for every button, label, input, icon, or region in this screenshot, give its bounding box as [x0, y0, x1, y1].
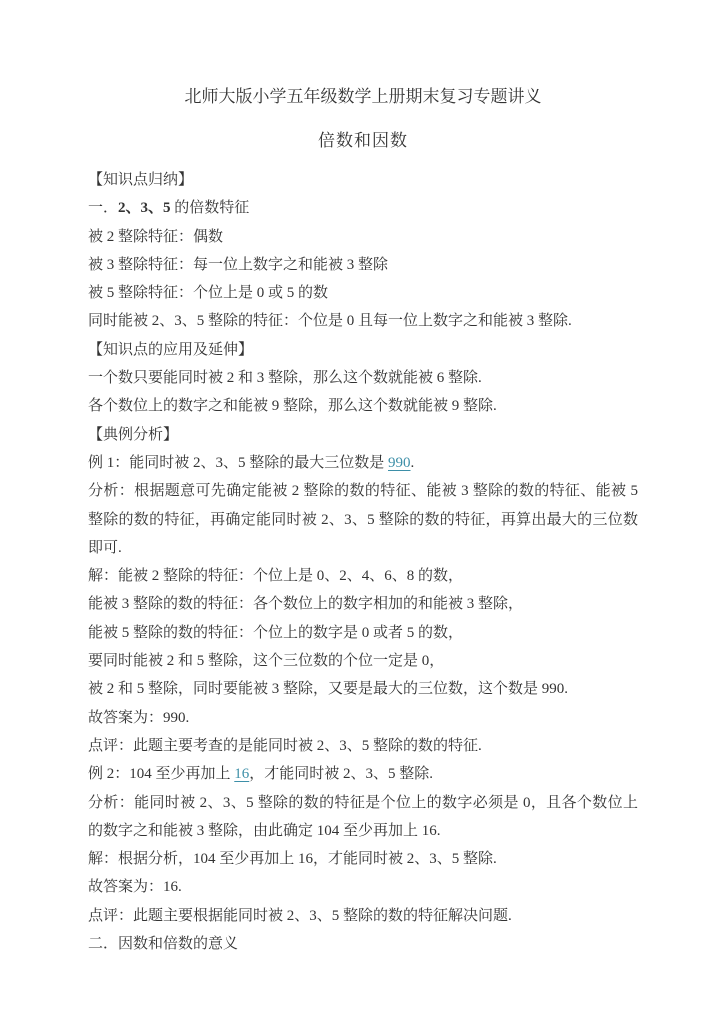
text-run: 能被 3 整除的数的特征：各个数位上的数字相加的和能被 3 整除，	[88, 596, 523, 612]
text-run: 【知识点的应用及延伸】	[88, 342, 253, 358]
paragraph: 被 2 和 5 整除，同时要能被 3 整除，又要是最大的三位数，这个数是 990…	[88, 675, 638, 703]
text-run: ，才能同时被 2、3、5 整除.	[249, 766, 433, 782]
text-run: 故答案为：16.	[88, 879, 182, 895]
section-heading: 【知识点的应用及延伸】	[88, 336, 638, 364]
text-run: 能被 5 整除的数的特征：个位上的数字是 0 或者 5 的数，	[88, 625, 463, 641]
paragraph: 分析：能同时被 2、3、5 整除的数的特征是个位上的数字必须是 0，且各个数位上…	[88, 789, 638, 846]
paragraph: 例 1：能同时被 2、3、5 整除的最大三位数是 990.	[88, 449, 638, 477]
paragraph: 二．因数和倍数的意义	[88, 930, 638, 958]
document-page: 北师大版小学五年级数学上册期末复习专题讲义 倍数和因数 【知识点归纳】一．2、3…	[0, 0, 724, 1024]
paragraph: 被 2 整除特征：偶数	[88, 223, 638, 251]
paragraph: 被 3 整除特征：每一位上数字之和能被 3 整除	[88, 251, 638, 279]
document-body: 【知识点归纳】一．2、3、5 的倍数特征被 2 整除特征：偶数被 3 整除特征：…	[88, 166, 638, 958]
paragraph: 各个数位上的数字之和能被 9 整除，那么这个数就能被 9 整除.	[88, 392, 638, 420]
text-run: 分析：根据题意可先确定能被 2 整除的数的特征、能被 3 整除的数的特征、能被 …	[88, 483, 638, 556]
text-run: 点评：此题主要考查的是能同时被 2、3、5 整除的数的特征.	[88, 738, 482, 754]
paragraph: 解：能被 2 整除的特征：个位上是 0、2、4、6、8 的数，	[88, 562, 638, 590]
paragraph: 解：根据分析，104 至少再加上 16，才能同时被 2、3、5 整除.	[88, 845, 638, 873]
text-run: 一个数只要能同时被 2 和 3 整除，那么这个数就能被 6 整除.	[88, 370, 482, 386]
text-run: 例 2：104 至少再加上	[88, 766, 234, 782]
text-run: 【典例分析】	[88, 427, 178, 443]
paragraph: 分析：根据题意可先确定能被 2 整除的数的特征、能被 3 整除的数的特征、能被 …	[88, 477, 638, 562]
paragraph: 同时能被 2、3、5 整除的特征：个位是 0 且每一位上数字之和能被 3 整除.	[88, 307, 638, 335]
paragraph: 能被 5 整除的数的特征：个位上的数字是 0 或者 5 的数，	[88, 619, 638, 647]
paragraph: 例 2：104 至少再加上 16，才能同时被 2、3、5 整除.	[88, 760, 638, 788]
text-run: 被 2 和 5 整除，同时要能被 3 整除，又要是最大的三位数，这个数是 990…	[88, 681, 568, 697]
section-heading: 【知识点归纳】	[88, 166, 638, 194]
text-run: 解：能被 2 整除的特征：个位上是 0、2、4、6、8 的数，	[88, 568, 463, 584]
answer-blank: 16	[234, 766, 249, 782]
paragraph: 故答案为：990.	[88, 704, 638, 732]
text-run: 故答案为：990.	[88, 710, 189, 726]
paragraph: 故答案为：16.	[88, 873, 638, 901]
paragraph: 要同时能被 2 和 5 整除，这个三位数的个位一定是 0，	[88, 647, 638, 675]
text-run: 各个数位上的数字之和能被 9 整除，那么这个数就能被 9 整除.	[88, 398, 497, 414]
document-content: 北师大版小学五年级数学上册期末复习专题讲义 倍数和因数 【知识点归纳】一．2、3…	[0, 0, 724, 958]
paragraph: 一个数只要能同时被 2 和 3 整除，那么这个数就能被 6 整除.	[88, 364, 638, 392]
text-run: 二．因数和倍数的意义	[88, 936, 238, 952]
text-run: 同时能被 2、3、5 整除的特征：个位是 0 且每一位上数字之和能被 3 整除.	[88, 313, 572, 329]
paragraph: 点评：此题主要考查的是能同时被 2、3、5 整除的数的特征.	[88, 732, 638, 760]
text-run: .	[411, 455, 415, 471]
paragraph: 被 5 整除特征：个位上是 0 或 5 的数	[88, 279, 638, 307]
text-run: 被 5 整除特征：个位上是 0 或 5 的数	[88, 285, 328, 301]
text-run: 要同时能被 2 和 5 整除，这个三位数的个位一定是 0，	[88, 653, 444, 669]
text-run: 分析：能同时被 2、3、5 整除的数的特征是个位上的数字必须是 0，且各个数位上…	[88, 795, 638, 839]
text-run: 2、3、5	[118, 200, 171, 216]
text-run: 点评：此题主要根据能同时被 2、3、5 整除的数的特征解决问题.	[88, 908, 512, 924]
text-run: 【知识点归纳】	[88, 172, 193, 188]
text-run: 一．	[88, 200, 118, 216]
paragraph: 一．2、3、5 的倍数特征	[88, 194, 638, 222]
text-run: 被 2 整除特征：偶数	[88, 229, 223, 245]
text-run: 例 1：能同时被 2、3、5 整除的最大三位数是	[88, 455, 388, 471]
document-title: 北师大版小学五年级数学上册期末复习专题讲义	[88, 84, 638, 110]
paragraph: 能被 3 整除的数的特征：各个数位上的数字相加的和能被 3 整除，	[88, 590, 638, 618]
text-run: 的倍数特征	[171, 200, 250, 216]
text-run: 被 3 整除特征：每一位上数字之和能被 3 整除	[88, 257, 388, 273]
paragraph: 点评：此题主要根据能同时被 2、3、5 整除的数的特征解决问题.	[88, 902, 638, 930]
section-heading: 【典例分析】	[88, 421, 638, 449]
answer-blank: 990	[388, 455, 411, 471]
text-run: 解：根据分析，104 至少再加上 16，才能同时被 2、3、5 整除.	[88, 851, 497, 867]
document-subtitle: 倍数和因数	[88, 128, 638, 154]
